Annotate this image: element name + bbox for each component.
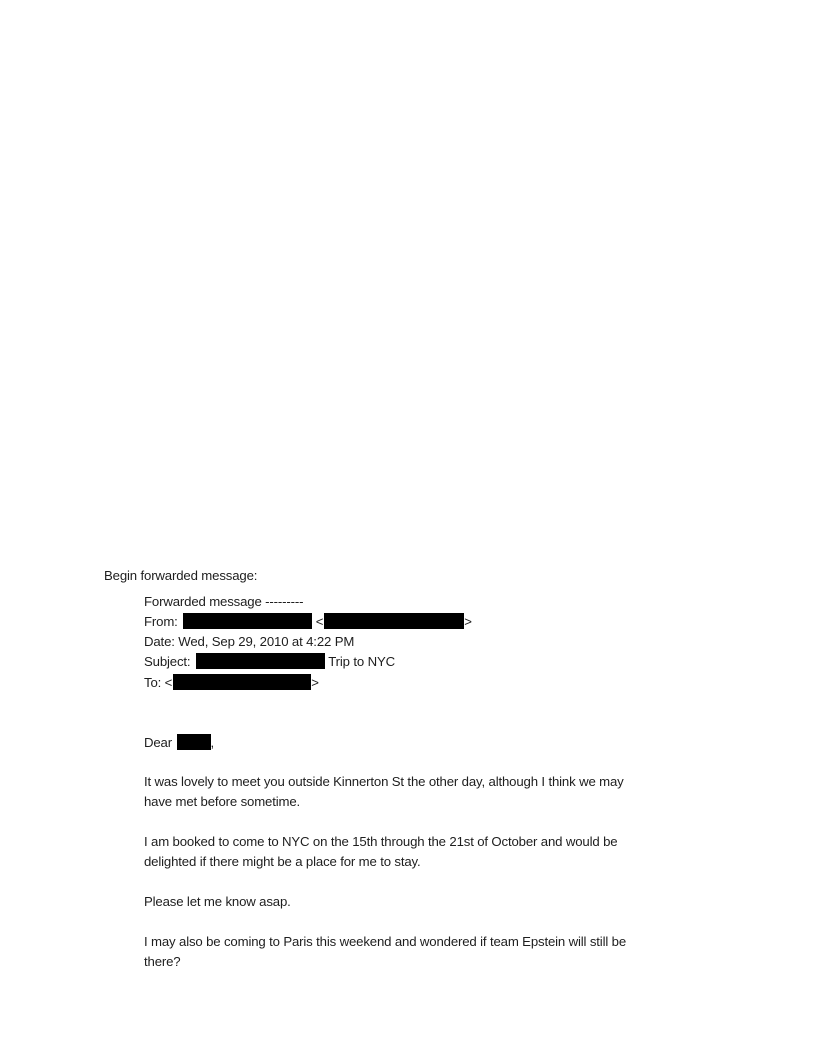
redacted-subject-prefix xyxy=(196,653,325,669)
subject-text: Trip to NYC xyxy=(328,654,395,669)
paragraph-3-line-1: Please let me know asap. xyxy=(144,892,291,912)
forwarded-message-title: Forwarded message --------- xyxy=(144,592,303,612)
from-email-close: > xyxy=(464,614,472,629)
date-line: Date: Wed, Sep 29, 2010 at 4:22 PM xyxy=(144,632,354,652)
redacted-to-email xyxy=(173,674,311,690)
paragraph-1-line-2: have met before sometime. xyxy=(144,792,300,812)
to-line: To: <> xyxy=(144,673,319,693)
paragraph-2-line-2: delighted if there might be a place for … xyxy=(144,852,421,872)
to-label: To: < xyxy=(144,675,172,690)
forward-intro: Begin forwarded message: xyxy=(104,566,257,586)
paragraph-4-line-2: there? xyxy=(144,952,181,972)
redacted-from-email xyxy=(324,613,464,629)
paragraph-2-line-1: I am booked to come to NYC on the 15th t… xyxy=(144,832,617,852)
to-close: > xyxy=(311,675,319,690)
paragraph-4-line-1: I may also be coming to Paris this weeke… xyxy=(144,932,626,952)
salutation: Dear , xyxy=(144,733,214,753)
salutation-prefix: Dear xyxy=(144,735,172,750)
from-email-open: < xyxy=(316,614,324,629)
from-line: From: <> xyxy=(144,612,472,632)
redacted-recipient-name xyxy=(177,734,211,750)
from-label: From: xyxy=(144,614,178,629)
salutation-suffix: , xyxy=(211,735,215,750)
document-page: Begin forwarded message: Forwarded messa… xyxy=(0,0,816,1056)
paragraph-1-line-1: It was lovely to meet you outside Kinner… xyxy=(144,772,624,792)
redacted-from-name xyxy=(183,613,312,629)
subject-label: Subject: xyxy=(144,654,190,669)
subject-line: Subject: Trip to NYC xyxy=(144,652,395,672)
